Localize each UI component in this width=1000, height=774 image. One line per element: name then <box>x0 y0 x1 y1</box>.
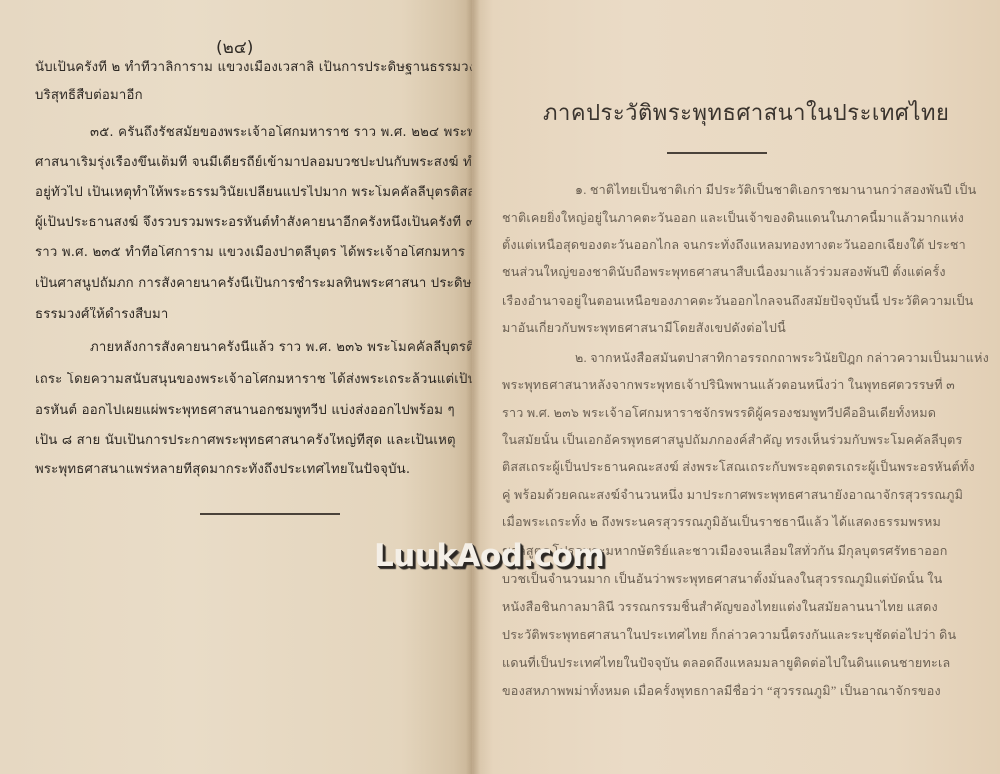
left-page: (๒๔) นับเป็นครั้งที่ ๒ ทำที่วาลิการาม แข… <box>0 0 472 774</box>
text-line: ตั้งแต่เหนือสุดของตะวันออกไกล จนกระทั่งถ… <box>502 237 966 253</box>
text-line: ของสหภาพพม่าทั้งหมด เมื่อครั้งพุทธกาลมีช… <box>502 683 941 699</box>
chapter-title: ภาคประวัติพระพุทธศาสนาในประเทศไทย <box>543 95 949 130</box>
text-line: ผู้เป็นประธานสงฆ์ จึงรวบรวมพระอรหันต์ทำส… <box>35 215 477 231</box>
page-number: (๒๔) <box>216 34 253 61</box>
section-end-rule <box>200 513 340 515</box>
text-line: ราว พ.ศ. ๒๓๕ ทำที่อโศการาม แขวงเมืองปาตล… <box>35 245 465 261</box>
book-spread: (๒๔) นับเป็นครั้งที่ ๒ ทำที่วาลิการาม แข… <box>0 0 1000 774</box>
text-line: หนังสือชินกาลมาลินี วรรณกรรมชิ้นสำคัญของ… <box>502 599 938 615</box>
text-line: ชนส่วนใหญ่ของชาตินับถือพระพุทธศาสนาสืบเน… <box>502 264 946 280</box>
paragraph-start: ภายหลังการสังคายนาครั้งนี้แล้ว ราว พ.ศ. … <box>90 340 483 356</box>
text-line: เถระ โดยความสนับสนุนของพระเจ้าอโศกมหาราช… <box>35 372 477 388</box>
paragraph-2-start: ๒. จากหนังสือสมันตปาสาทิกาอรรถกถาพระวินั… <box>575 350 989 366</box>
text-line: เมื่อพระเถระทั้ง ๒ ถึงพระนครสุวรรณภูมิอั… <box>502 514 941 530</box>
text-line: ศาสนาเริ่มรุ่งเรืองขึ้นเต็มที่ จนมีเดียร… <box>35 155 477 171</box>
text-line: มาอันเกี่ยวกับพระพุทธศาสนามีโดยสังเขปดัง… <box>502 320 786 336</box>
text-line: อยู่ทั่วไป เป็นเหตุทำให้พระธรรมวินัยเปลี… <box>35 185 477 201</box>
title-rule <box>667 152 767 154</box>
text-line: ธรรมวงศ์ให้ดำรงสืบมา <box>35 307 168 323</box>
text-line: ราว พ.ศ. ๒๓๖ พระเจ้าอโศกมหาราชจักรพรรดิผ… <box>502 405 936 421</box>
text-line: แดนที่เป็นประเทศไทยในปัจจุบัน ตลอดถึงแหล… <box>502 655 950 671</box>
text-line: ในสมัยนั้น เป็นเอกอัครพุทธศาสนูปถัมภกองค… <box>502 432 962 448</box>
text-line: บริสุทธิ์สืบต่อมาอีก <box>35 88 143 104</box>
paragraph-1-start: ๑. ชาติไทยเป็นชาติเก่า มีประวัติเป็นชาติ… <box>575 182 976 198</box>
text-line: เรืองอำนาจอยู่ในตอนเหนือของภาคตะวันออกไก… <box>502 293 973 309</box>
text-line: อรหันต์ ออกไปเผยแผ่พระพุทธศาสนานอกชมพูทว… <box>35 403 455 419</box>
paragraph-35-start: ๓๕. ครั้นถึงรัชสมัยของพระเจ้าอโศกมหาราช … <box>90 125 476 141</box>
text-line: ติสสเถระผู้เป็นประธานคณะสงฆ์ ส่งพระโสณเถ… <box>502 459 975 475</box>
text-line: เป็นศาสนูปถัมภก การสังคายนาครั้งนี้เป็นก… <box>35 276 477 292</box>
text-line: คู่ พร้อมด้วยคณะสงฆ์จำนวนหนึ่ง มาประกาศพ… <box>502 487 963 503</box>
text-line: นับเป็นครั้งที่ ๒ ทำที่วาลิการาม แขวงเมื… <box>35 60 477 76</box>
text-line: ชาติเคยยิ่งใหญ่อยู่ในภาคตะวันออก และเป็น… <box>502 210 964 226</box>
text-line: เป็น ๘ สาย นับเป็นการประกาศพระพุทธศาสนาค… <box>35 433 456 449</box>
text-line: ประวัติพระพุทธศาสนาในประเทศไทย ก็กล่าวคว… <box>502 627 956 643</box>
text-line: พระพุทธศาสนาหลังจากพระพุทธเจ้าปรินิพพานแ… <box>502 377 955 393</box>
watermark-logo: LuukAod.com <box>374 538 604 574</box>
text-line: พระพุทธศาสนาแพร่หลายที่สุดมากระทั่งถึงปร… <box>35 462 410 478</box>
